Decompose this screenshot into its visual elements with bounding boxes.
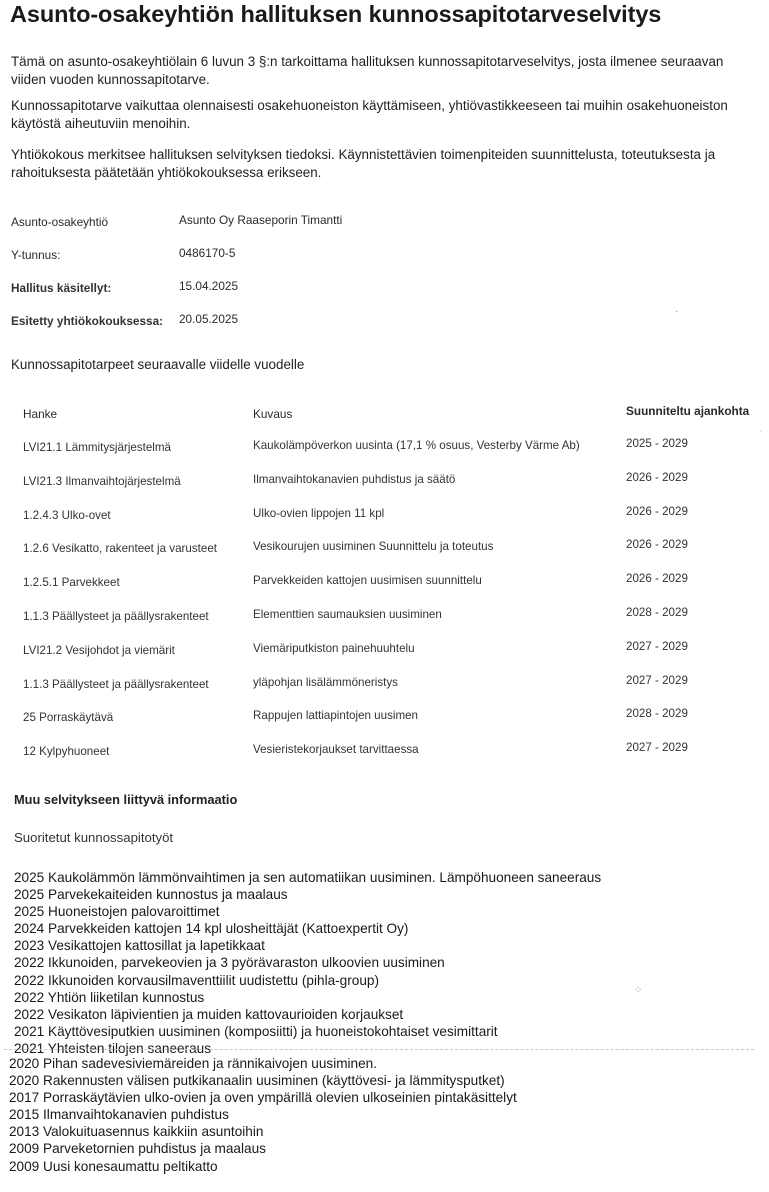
- kuvaus-cell: yläpohjan lisälämmöneristys: [253, 676, 398, 689]
- completed-work-item: 2022 Ikkunoiden, parvekeovien ja 3 pyörä…: [14, 954, 601, 971]
- completed-work-item: 2015 Ilmanvaihtokanavien puhdistus: [9, 1106, 517, 1123]
- column-header-hanke: Hanke: [23, 407, 57, 421]
- completed-work-item: 2021 Käyttövesiputkien uusiminen (kompos…: [14, 1023, 601, 1040]
- hanke-cell: 1.1.3 Päällysteet ja päällysrakenteet: [23, 610, 209, 623]
- kuvaus-cell: Vesikourujen uusiminen Suunnittelu ja to…: [253, 540, 493, 553]
- completed-work-item: 2022 Yhtiön liiketilan kunnostus: [14, 989, 601, 1006]
- intro-paragraph-3: Yhtiökokous merkitsee hallituksen selvit…: [11, 146, 761, 182]
- hanke-cell: 1.2.4.3 Ulko-ovet: [23, 509, 111, 522]
- scan-artifact: ˙: [760, 430, 763, 441]
- hanke-cell: 12 Kylpyhuoneet: [23, 745, 109, 758]
- company-label: Asunto-osakeyhtiö: [11, 215, 108, 229]
- scan-artifact: ·: [675, 306, 678, 317]
- board-handled-value: 15.04.2025: [179, 279, 238, 293]
- ajankohta-cell: 2026 - 2029: [626, 538, 688, 551]
- company-value: Asunto Oy Raaseporin Timantti: [179, 213, 342, 227]
- needs-section-title: Kunnossapitotarpeet seuraavalle viidelle…: [11, 357, 304, 372]
- hanke-cell: 25 Porraskäytävä: [23, 711, 113, 724]
- completed-work-item: 2017 Porraskäytävien ulko-ovien ja oven …: [9, 1089, 517, 1106]
- document-title: Asunto-osakeyhtiön hallituksen kunnossap…: [10, 1, 661, 28]
- kuvaus-cell: Ulko-ovien lippojen 11 kpl: [253, 507, 384, 520]
- ajankohta-cell: 2026 - 2029: [626, 505, 688, 518]
- kuvaus-cell: Kaukolämpöverkon uusinta (17,1 % osuus, …: [253, 439, 580, 452]
- hanke-cell: 1.2.6 Vesikatto, rakenteet ja varusteet: [23, 542, 217, 555]
- completed-works-list: 2025 Kaukolämmön lämmönvaihtimen ja sen …: [14, 869, 601, 1057]
- completed-work-item: 2024 Parvekkeiden kattojen 14 kpl uloshe…: [14, 920, 601, 937]
- hanke-cell: 1.1.3 Päällysteet ja päällysrakenteet: [23, 678, 209, 691]
- scan-artifact: ⁘: [634, 985, 642, 996]
- ajankohta-cell: 2028 - 2029: [626, 606, 688, 619]
- completed-work-item: 2020 Rakennusten välisen putkikanaalin u…: [9, 1072, 517, 1089]
- kuvaus-cell: Ilmanvaihtokanavien puhdistus ja säätö: [253, 473, 455, 486]
- hanke-cell: LVI21.3 Ilmanvaihtojärjestelmä: [23, 475, 181, 488]
- kuvaus-cell: Elementtien saumauksien uusiminen: [253, 608, 442, 621]
- intro-paragraph-1: Tämä on asunto-osakeyhtiölain 6 luvun 3 …: [11, 53, 761, 89]
- other-info-title: Muu selvitykseen liittyvä informaatio: [14, 792, 237, 807]
- hanke-cell: 1.2.5.1 Parvekkeet: [23, 576, 120, 589]
- completed-works-list-continued: 2020 Pihan sadevesiviemäreiden ja rännik…: [9, 1055, 517, 1175]
- completed-work-item: 2025 Kaukolämmön lämmönvaihtimen ja sen …: [14, 869, 601, 886]
- ajankohta-cell: 2025 - 2029: [626, 437, 688, 450]
- intro-paragraph-2: Kunnossapitotarve vaikuttaa olennaisesti…: [11, 97, 761, 133]
- ajankohta-cell: 2026 - 2029: [626, 572, 688, 585]
- presented-meeting-label: Esitetty yhtiökokouksessa:: [11, 314, 163, 328]
- completed-works-subtitle: Suoritetut kunnossapitotyöt: [14, 830, 173, 845]
- column-header-ajankohta: Suunniteltu ajankohta: [626, 404, 749, 418]
- ajankohta-cell: 2027 - 2029: [626, 741, 688, 754]
- completed-work-item: 2022 Vesikaton läpivientien ja muiden ka…: [14, 1006, 601, 1023]
- business-id-label: Y-tunnus:: [11, 248, 60, 262]
- completed-work-item: 2009 Parveketornien puhdistus ja maalaus: [9, 1140, 517, 1157]
- kuvaus-cell: Rappujen lattiapintojen uusimen: [253, 709, 418, 722]
- kuvaus-cell: Viemäriputkiston painehuuhtelu: [253, 642, 415, 655]
- presented-meeting-value: 20.05.2025: [179, 312, 238, 326]
- ajankohta-cell: 2027 - 2029: [626, 640, 688, 653]
- kuvaus-cell: Parvekkeiden kattojen uusimisen suunnitt…: [253, 574, 482, 587]
- completed-work-item: 2020 Pihan sadevesiviemäreiden ja rännik…: [9, 1055, 517, 1072]
- completed-work-item: 2013 Valokuituasennus kaikkiin asuntoihi…: [9, 1123, 517, 1140]
- completed-work-item: 2022 Ikkunoiden korvausilmaventtiilit uu…: [14, 972, 601, 989]
- hanke-cell: LVI21.1 Lämmitysjärjestelmä: [23, 441, 171, 454]
- business-id-value: 0486170-5: [179, 246, 235, 260]
- completed-work-item: 2023 Vesikattojen kattosillat ja lapetik…: [14, 937, 601, 954]
- ajankohta-cell: 2026 - 2029: [626, 471, 688, 484]
- completed-work-item: 2025 Parvekekaiteiden kunnostus ja maala…: [14, 886, 601, 903]
- kuvaus-cell: Vesieristekorjaukset tarvittaessa: [253, 743, 419, 756]
- hanke-cell: LVI21.2 Vesijohdot ja viemärit: [23, 644, 175, 657]
- board-handled-label: Hallitus käsitellyt:: [11, 281, 111, 295]
- column-header-kuvaus: Kuvaus: [253, 407, 292, 421]
- ajankohta-cell: 2027 - 2029: [626, 674, 688, 687]
- ajankohta-cell: 2028 - 2029: [626, 707, 688, 720]
- completed-work-item: 2009 Uusi konesaumattu peltikatto: [9, 1158, 517, 1175]
- scan-divider: [4, 1049, 754, 1050]
- completed-work-item: 2025 Huoneistojen palovaroittimet: [14, 903, 601, 920]
